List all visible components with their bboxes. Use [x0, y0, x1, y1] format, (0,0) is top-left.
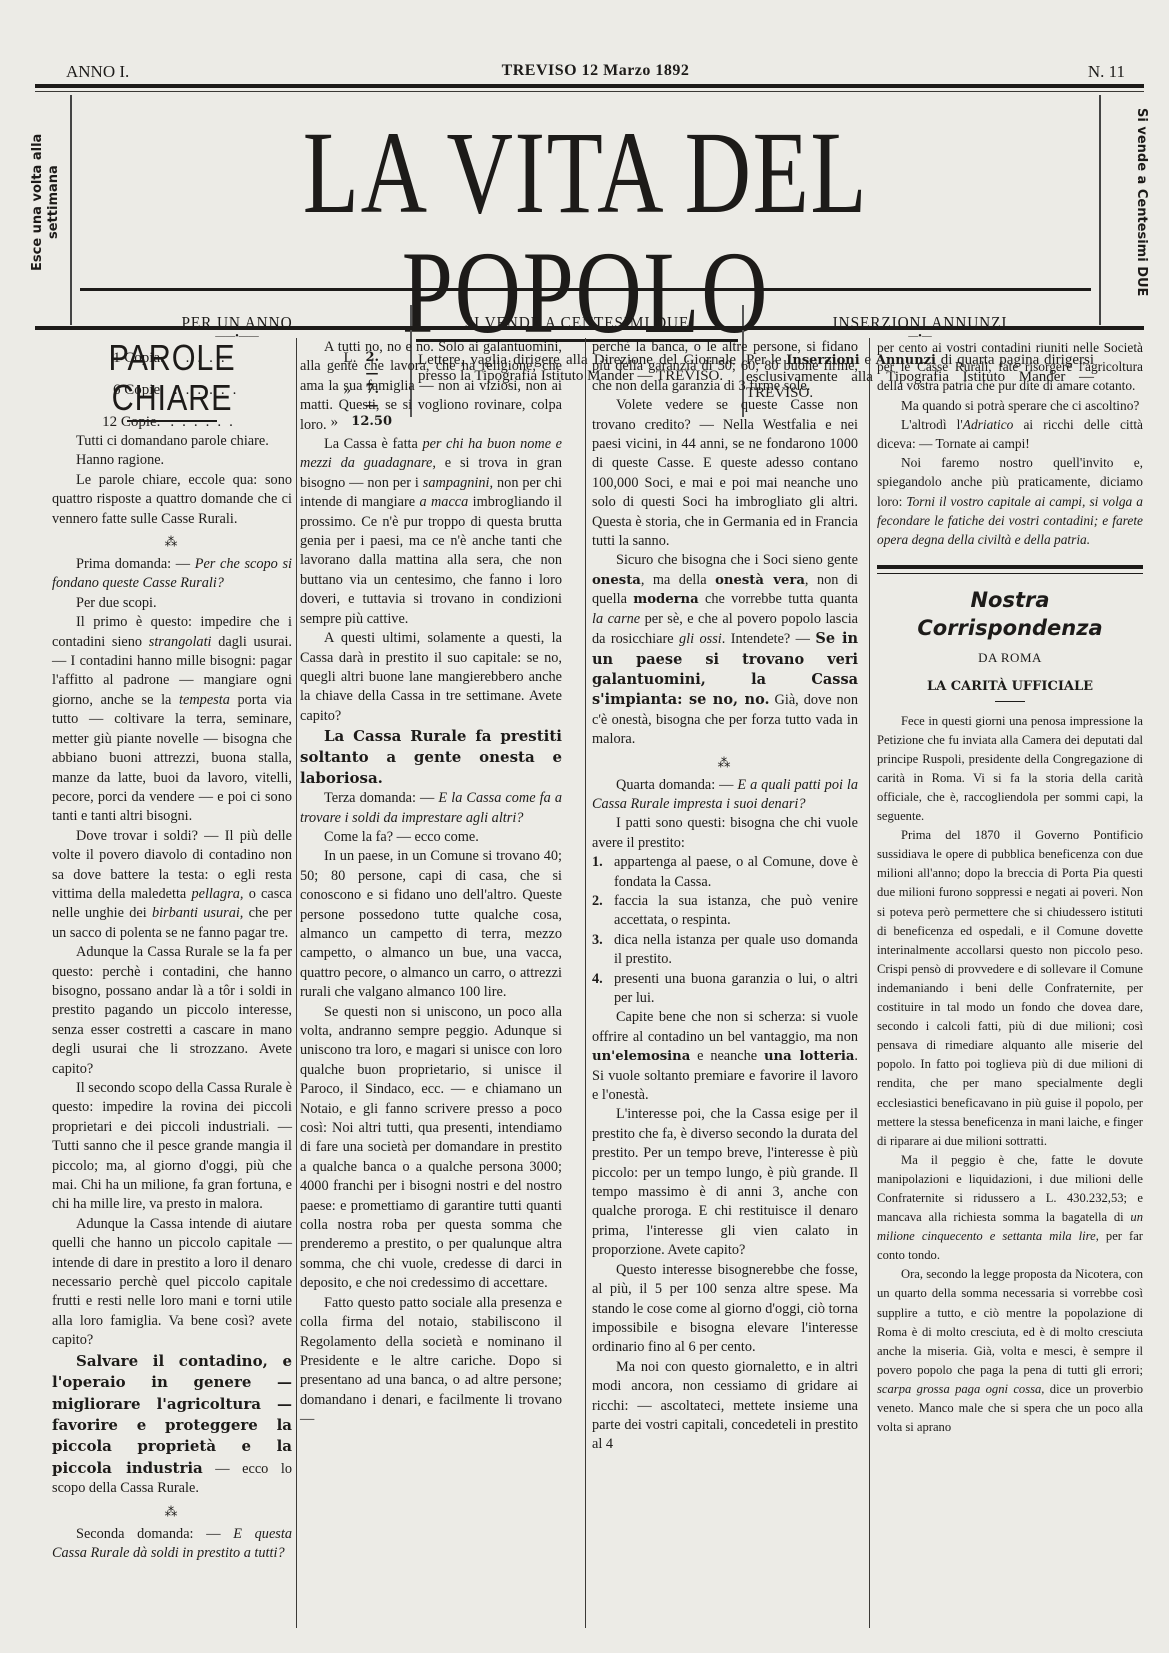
paragraph: Se questi non si uniscono, un poco alla …: [300, 1003, 562, 1294]
paragraph: perchè la banca, o le altre persone, si …: [592, 338, 858, 396]
paragraph: Per due scopi.: [52, 594, 292, 613]
top-rule: [35, 84, 1144, 88]
paragraph: Fece in questi giorni una penosa impress…: [877, 712, 1143, 827]
column-divider: [585, 338, 586, 1628]
dateline: ANNO I. TREVISO 12 Marzo 1892 N. 11: [62, 62, 1129, 84]
paragraph: Ma quando si potrà sperare che ci ascolt…: [877, 396, 1143, 415]
paragraph: Ma noi con questo giornaletto, e in altr…: [592, 1358, 858, 1455]
correspondence-heading: LA CARITÀ UFFICIALE: [877, 677, 1143, 696]
side-note-right: Si vende a Centesimi DUE: [1113, 100, 1149, 305]
paragraph: Prima del 1870 il Governo Pontificio sus…: [877, 826, 1143, 1151]
emphasis-paragraph: Salvare il contadino, e l'operaio in gen…: [52, 1351, 292, 1499]
paragraph: Tutti ci domandano parole chiare.: [52, 432, 292, 451]
article-headline: PAROLE CHIARE: [70, 338, 274, 418]
title-rule: [80, 288, 1091, 291]
headline-ornament-icon: [127, 420, 217, 422]
paragraph: Ma il peggio è che, fatte le dovute mani…: [877, 1151, 1143, 1266]
correspondence-title: Nostra Corrispondenza: [877, 586, 1143, 642]
paragraph: Adunque la Cassa Rurale se la fa per que…: [52, 943, 292, 1079]
paragraph: Dove trovar i soldi? — Il più delle volt…: [52, 827, 292, 943]
masthead-bottom-rule: [35, 326, 1144, 330]
list-item: 1.appartenga al paese, o al Comune, dove…: [592, 853, 858, 892]
paragraph: In un paese, in un Comune si trovano 40;…: [300, 847, 562, 1002]
paragraph: Fatto questo patto sociale alla presenza…: [300, 1294, 562, 1430]
subscription-heading: PER UN ANNO: [98, 313, 377, 333]
column-divider: [869, 338, 870, 1628]
section-rule: [877, 565, 1143, 569]
paragraph: Capite bene che non si scherza: si vuole…: [592, 1008, 858, 1105]
top-rule-thin: [35, 91, 1144, 92]
emphasis-paragraph: La Cassa Rurale fa prestiti soltanto a g…: [300, 726, 562, 789]
article-column-3: perchè la banca, o le altre persone, si …: [592, 338, 858, 1628]
sale-heading: SI VENDE A CENTESIMI DUE: [429, 313, 726, 333]
newspaper-page: ANNO I. TREVISO 12 Marzo 1892 N. 11 Esce…: [0, 0, 1169, 1653]
paragraph: Come la fa? — ecco come.: [300, 828, 562, 847]
list-item: 2.faccia la sua istanza, che può venire …: [592, 892, 858, 931]
article-column-4: per cento ai vostri contadini riuniti ne…: [877, 338, 1143, 1628]
ornament-icon: [995, 701, 1025, 702]
section-mark-icon: ⁂: [592, 754, 858, 772]
paragraph: I patti sono questi: bisogna che chi vuo…: [592, 814, 858, 853]
paragraph: La Cassa è fatta per chi ha buon nome e …: [300, 435, 562, 629]
question-2: Seconda domanda: — E questa Cassa Rurale…: [52, 1525, 292, 1564]
list-item: 4.presenti una buona garanzia o lui, o a…: [592, 970, 858, 1009]
paragraph: Ora, secondo la legge proposta da Nicote…: [877, 1265, 1143, 1437]
date-label: TREVISO 12 Marzo 1892: [62, 62, 1129, 80]
article-column-2: A tutti no, no e no. Solo ai galantuomin…: [300, 338, 562, 1628]
paragraph: per cento ai vostri contadini riuniti ne…: [877, 338, 1143, 396]
paragraph: Adunque la Cassa intende di aiutare quel…: [52, 1215, 292, 1351]
list-item: 3.dica nella istanza per quale uso doman…: [592, 931, 858, 970]
section-mark-icon: ⁂: [52, 533, 292, 551]
question-4: Quarta domanda: — E a quali patti poi la…: [592, 776, 858, 815]
section-mark-icon: ⁂: [52, 1503, 292, 1521]
paragraph: Il primo è questo: impedire che i contad…: [52, 613, 292, 826]
question-3: Terza domanda: — E la Cassa come fa a tr…: [300, 789, 562, 828]
paragraph: Sicuro che bisogna che i Soci sieno gent…: [592, 551, 858, 749]
paragraph: Volete vedere se queste Casse non trovan…: [592, 396, 858, 551]
masthead: LA VITA DEL POPOLO PER UN ANNO ——•—— 1 C…: [70, 95, 1101, 325]
paragraph: Il secondo scopo della Cassa Rurale è qu…: [52, 1079, 292, 1215]
side-note-left: Esce una volta alla settimana: [30, 100, 66, 305]
paragraph: L'interesse poi, che la Cassa esige per …: [592, 1105, 858, 1260]
paragraph: Noi faremo nostro quell'invito e, spiega…: [877, 453, 1143, 549]
correspondence-subtitle: DA ROMA: [877, 648, 1143, 667]
article-column-1: PAROLE CHIARE Tutti ci domandano parole …: [52, 338, 292, 1628]
paragraph: L'altrodì l'Adriatico ai ricchi delle ci…: [877, 415, 1143, 453]
paragraph: Questo interesse bisognerebbe che fosse,…: [592, 1261, 858, 1358]
paragraph: Le parole chiare, eccole qua: sono quatt…: [52, 471, 292, 529]
issue-number: N. 11: [1088, 62, 1125, 82]
paragraph: A questi ultimi, solamente a questi, la …: [300, 629, 562, 726]
column-divider: [296, 338, 297, 1628]
ads-heading: INSERZIONI ANNUNZI: [758, 313, 1082, 333]
question-1: Prima domanda: — Per che scopo si fondan…: [52, 555, 292, 594]
paragraph: Hanno ragione.: [52, 451, 292, 470]
paragraph: A tutti no, no e no. Solo ai galantuomin…: [300, 338, 562, 435]
section-rule-thin: [877, 573, 1143, 574]
